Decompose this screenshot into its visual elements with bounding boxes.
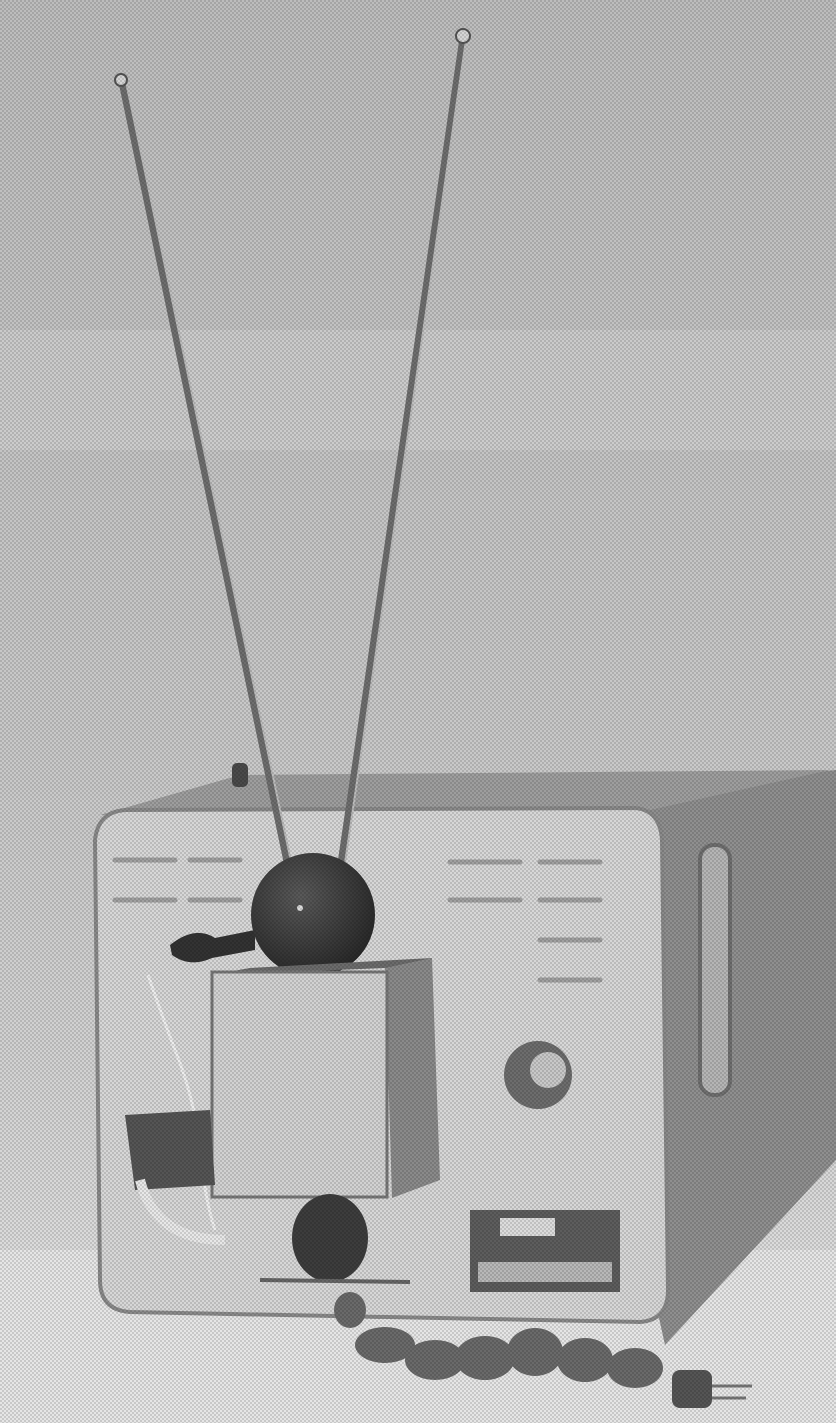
tv-photograph [0, 0, 836, 1423]
halftone-texture [0, 0, 836, 1423]
